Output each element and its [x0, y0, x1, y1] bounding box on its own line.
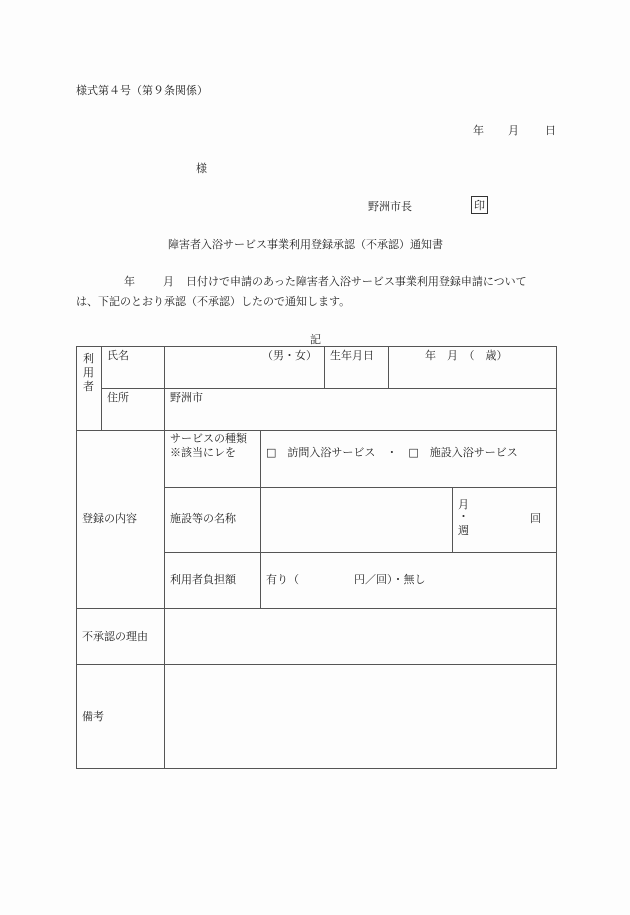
registration-label: 登録の内容	[82, 512, 137, 526]
service-type-label: サービスの種類	[170, 432, 247, 446]
date-day: 日	[545, 122, 556, 138]
table-border	[101, 346, 102, 430]
facility-name-label: 施設等の名称	[170, 512, 236, 526]
table-border	[164, 552, 557, 553]
body-line2: は、下記のとおり承認（不承認）したので通知します。	[76, 293, 350, 309]
table-border	[164, 487, 557, 488]
date-month: 月	[508, 122, 519, 138]
table-border	[76, 430, 557, 431]
user-group-char-2: 用	[83, 366, 94, 380]
user-burden-label: 利用者負担額	[170, 573, 236, 587]
document-title: 障害者入浴サービス事業利用登録承認（不承認）通知書	[168, 236, 443, 252]
table-border	[76, 768, 557, 769]
form-number: 様式第４号（第９条関係）	[76, 82, 208, 98]
user-burden-value: 有り（ 円／回）・無し	[266, 573, 426, 587]
birth-date-label: 生年月日	[330, 349, 374, 363]
date-year: 年	[473, 122, 484, 138]
body-line1: 日付けで申請のあった障害者入浴サービス事業利用登録申請について	[186, 273, 527, 289]
address-label: 住所	[107, 391, 129, 405]
gender-selector: （男・女）	[262, 349, 317, 363]
table-border	[556, 346, 557, 769]
table-border	[388, 346, 389, 388]
frequency-dot: ・	[458, 510, 469, 524]
table-border	[452, 487, 453, 552]
seal-mark: 印	[471, 196, 488, 214]
user-group-char-3: 者	[83, 380, 94, 394]
table-border	[164, 346, 165, 769]
addressee-suffix: 様	[196, 160, 207, 176]
birth-date-value: 年 月 （ 歳）	[425, 349, 508, 363]
table-border	[76, 664, 557, 665]
address-value: 野洲市	[170, 391, 203, 405]
table-border	[76, 608, 557, 609]
table-border	[76, 346, 77, 769]
frequency-unit: 回	[530, 512, 541, 526]
service-type-note: ※該当にレを	[170, 446, 236, 460]
table-border	[101, 388, 557, 389]
issuer-name: 野洲市長	[368, 198, 412, 214]
ki-heading: 記	[310, 331, 321, 347]
frequency-week: 週	[458, 524, 469, 538]
rejection-reason-label: 不承認の理由	[82, 630, 148, 644]
name-label: 氏名	[107, 349, 129, 363]
table-border	[260, 430, 261, 608]
user-group-char-1: 利	[83, 352, 94, 366]
body-year: 年	[124, 273, 135, 289]
table-border	[324, 346, 325, 388]
body-month: 月	[163, 273, 174, 289]
service-type-options: □ 訪問入浴サービス ・ □ 施設入浴サービス	[266, 446, 518, 460]
table-border	[76, 346, 557, 347]
remarks-label: 備考	[82, 710, 104, 724]
